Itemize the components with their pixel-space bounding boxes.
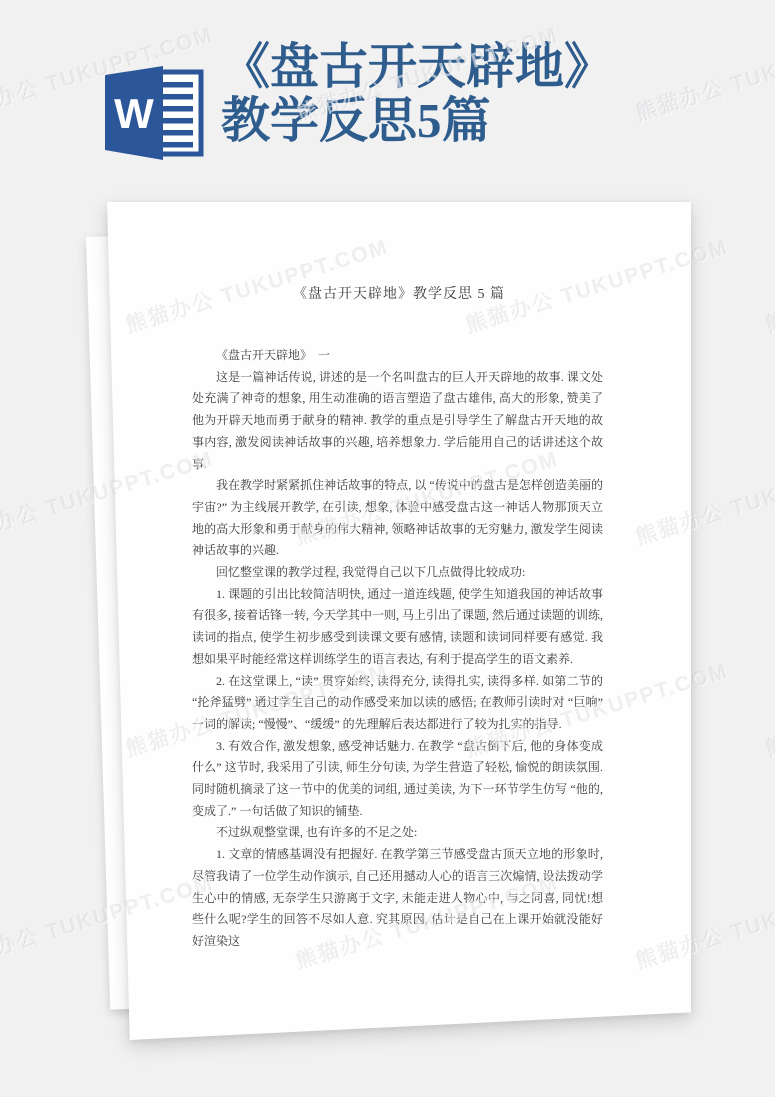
paragraph: 1. 课题的引出比较简洁明快, 通过一道连线题, 使学生知道我国的神话故事有很多… <box>192 584 603 671</box>
word-icon: W <box>105 64 205 162</box>
paragraph: 2. 在这堂课上, “读” 贯穿始终, 读得充分, 读得扎实, 读得多样. 如第… <box>192 671 603 736</box>
paragraph: 不过纵观整堂课, 也有许多的不足之处: <box>192 822 603 844</box>
page-title-line1: 《盘古开天辟地》 <box>221 40 613 94</box>
paragraph: 1. 文章的情感基调没有把握好. 在教学第三节感受盘古顶天立地的形象时, 尽管我… <box>192 844 603 953</box>
paragraph: 《盘古开天辟地》 一 <box>192 345 603 367</box>
document-title: 《盘古开天辟地》教学反思 5 篇 <box>107 202 691 303</box>
page-title-line2: 教学反思5篇 <box>221 94 613 148</box>
paragraph: 这是一篇神话传说, 讲述的是一个名叫盘古的巨人开天辟地的故事. 课文处处充满了神… <box>192 367 603 476</box>
page-title: 《盘古开天辟地》 教学反思5篇 <box>221 40 613 148</box>
watermark-tile: 熊猫办公 TUKUPPT.COM <box>762 231 775 340</box>
document-preview: W 《盘古开天辟地》 教学反思5篇 《盘古开天辟地》教学反思 5 篇 《盘古开天… <box>0 0 775 1097</box>
paragraph: 3. 有效合作, 激发想象, 感受神话魅力. 在教学 “盘古倒下后, 他的身体变… <box>192 736 603 823</box>
watermark-tile: 熊猫办公 TUKUPPT.COM <box>632 19 775 128</box>
watermark-tile: 熊猫办公 TUKUPPT.COM <box>762 655 775 764</box>
document-body: 《盘古开天辟地》 一这是一篇神话传说, 讲述的是一个名叫盘古的巨人开天辟地的故事… <box>192 345 603 953</box>
paragraph: 回忆整堂课的教学过程, 我觉得自己以下几点做得比较成功: <box>192 562 603 584</box>
document-page: 《盘古开天辟地》教学反思 5 篇 《盘古开天辟地》 一这是一篇神话传说, 讲述的… <box>107 202 691 1040</box>
svg-text:W: W <box>114 90 154 137</box>
paragraph: 我在教学时紧紧抓住神话故事的特点, 以 “传说中的盘古是怎样创造美丽的宇宙?” … <box>192 475 603 562</box>
